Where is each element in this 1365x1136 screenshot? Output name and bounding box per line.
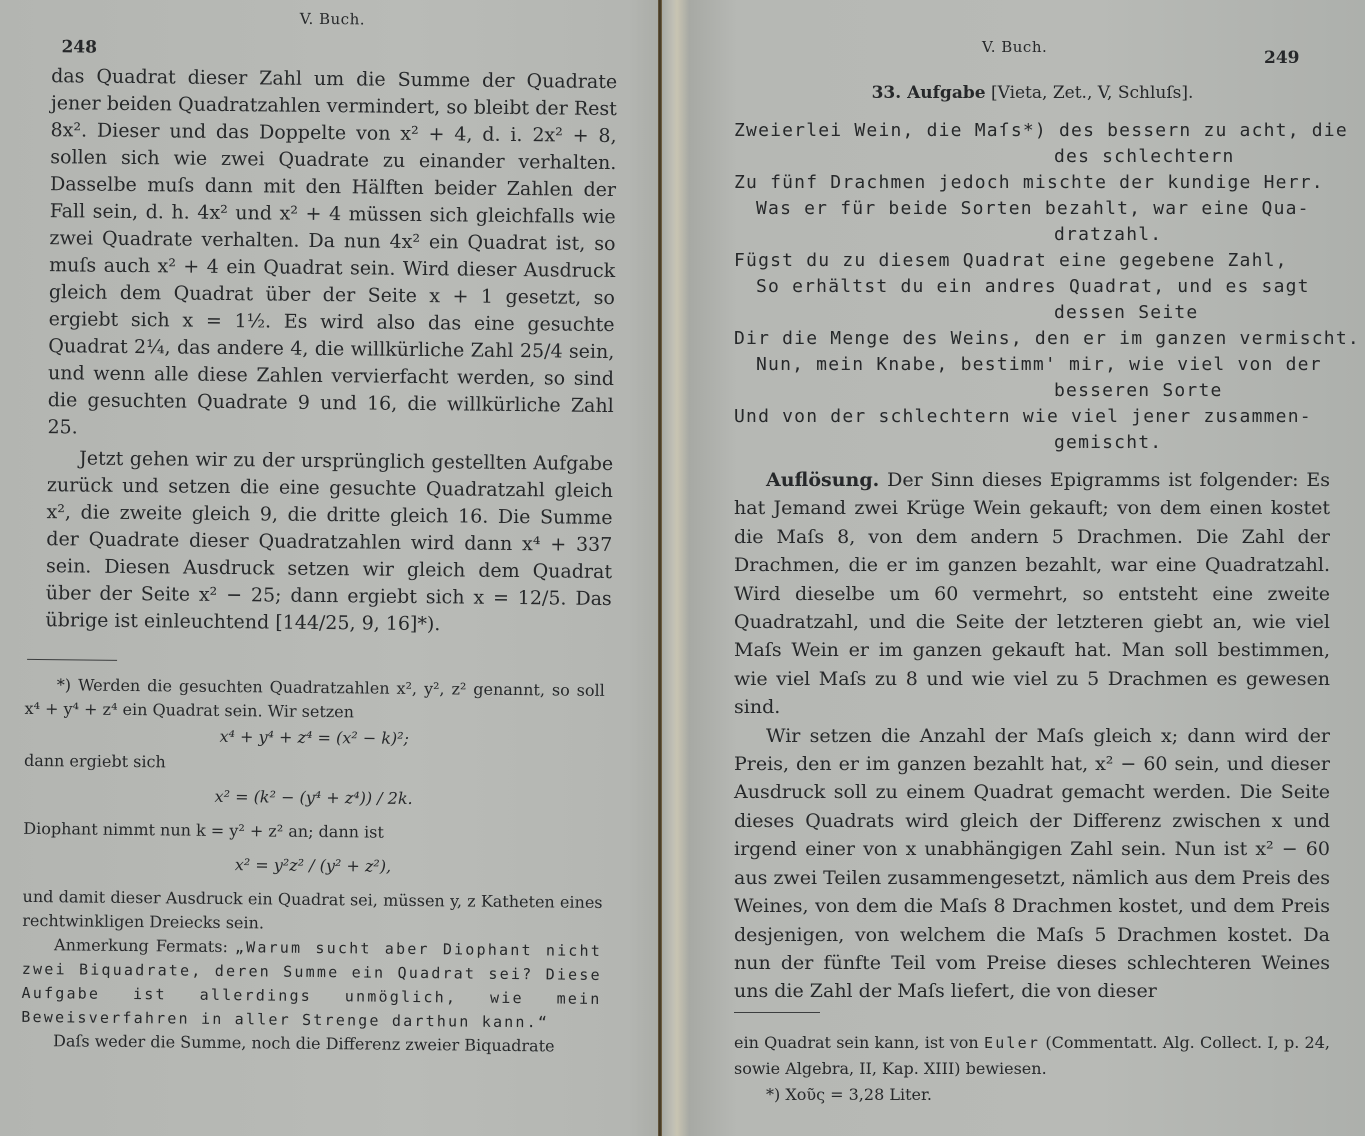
footnote-text: Diophant nimmt nun k = y² + z² an; dann …: [23, 817, 603, 847]
page-number: 248: [61, 37, 97, 57]
poem-line: des schlechtern: [734, 144, 1334, 170]
equation: x² = (k² − (y⁴ + z⁴)) / 2k.: [24, 783, 604, 813]
book-gutter: [658, 0, 662, 1136]
epigram: Zweierlei Wein, die Maſs*) des bessern z…: [734, 118, 1334, 456]
footnote-rule: [734, 1012, 820, 1013]
author-name: Euler: [984, 1034, 1040, 1052]
paragraph: Wir setzen die Anzahl der Maſs gleich x;…: [734, 722, 1330, 1006]
open-book-spread: V. Buch. 248 das Quadrat dieser Zahl um …: [0, 0, 1365, 1136]
poem-line: dessen Seite: [734, 300, 1334, 326]
solution-label: Auflösung.: [766, 469, 879, 491]
poem-line: Fügst du zu diesem Quadrat eine gegebene…: [734, 248, 1334, 274]
poem-line: Nun, mein Knabe, bestimm' mir, wie viel …: [734, 352, 1334, 378]
problem-number: 33. Aufgabe: [872, 83, 986, 103]
problem-source: [Vieta, Zet., V, Schluſs].: [991, 83, 1193, 103]
right-page: V. Buch. 249 33. Aufgabe [Vieta, Zet., V…: [700, 0, 1365, 1136]
paragraph: das Quadrat dieser Zahl um die Summe der…: [47, 63, 617, 447]
paragraph: Jetzt gehen wir zu der ursprünglich gest…: [45, 445, 613, 640]
paragraph-text: Der Sinn dieses Epigramms ist folgender:…: [734, 469, 1330, 718]
poem-line: Und von der schlechtern wie viel jener z…: [734, 404, 1334, 430]
footnote-text: dann ergiebt sich: [24, 749, 604, 779]
poem-line: Zu fünf Drachmen jedoch mischte der kund…: [734, 170, 1334, 196]
poem-line: Zweierlei Wein, die Maſs*) des bessern z…: [734, 118, 1334, 144]
footnote: ein Quadrat sein kann, ist von Euler (Co…: [734, 1030, 1330, 1108]
equation: x⁴ + y⁴ + z⁴ = (x² − k)²;: [24, 723, 604, 753]
footnote-last-line: Daſs weder die Summe, noch die Differenz…: [21, 1029, 601, 1059]
main-text: das Quadrat dieser Zahl um die Summe der…: [45, 63, 617, 640]
left-page: V. Buch. 248 das Quadrat dieser Zahl um …: [0, 0, 650, 1136]
paragraph: Auflösung. Der Sinn dieses Epigramms ist…: [734, 466, 1330, 722]
problem-heading: 33. Aufgabe [Vieta, Zet., V, Schluſs].: [700, 80, 1365, 107]
equation: x² = y²z² / (y² + z²),: [23, 851, 603, 881]
running-head: V. Buch.: [300, 10, 365, 29]
poem-line: besseren Sorte: [734, 378, 1334, 404]
page-number: 249: [1264, 48, 1300, 68]
footnote-text: ein Quadrat sein kann, ist von: [734, 1033, 984, 1052]
footnote-text: und damit dieser Ausdruck ein Quadrat se…: [22, 885, 602, 939]
footnote-continuation: ein Quadrat sein kann, ist von Euler (Co…: [734, 1030, 1330, 1082]
footnote-measure: *) Χοῦς = 3,28 Liter.: [734, 1082, 1330, 1108]
running-head: V. Buch.: [982, 38, 1047, 56]
footnote: *) Werden die gesuchten Quadratzahlen x²…: [21, 673, 605, 1059]
footnote-intro: *) Werden die gesuchten Quadratzahlen x²…: [24, 673, 604, 727]
footnote-rule: [27, 659, 117, 661]
poem-line: Dir die Menge des Weins, den er im ganze…: [734, 326, 1334, 352]
poem-line: So erhältst du ein andres Quadrat, und e…: [734, 274, 1334, 300]
poem-line: gemischt.: [734, 430, 1334, 456]
solution-text: Auflösung. Der Sinn dieses Epigramms ist…: [734, 466, 1330, 1006]
fermat-label: Anmerkung Fermats:: [54, 935, 228, 956]
poem-line: dratzahl.: [734, 222, 1334, 248]
poem-line: Was er für beide Sorten bezahlt, war ein…: [734, 196, 1334, 222]
fermat-note: Anmerkung Fermats: „Warum sucht aber Dio…: [21, 933, 602, 1035]
